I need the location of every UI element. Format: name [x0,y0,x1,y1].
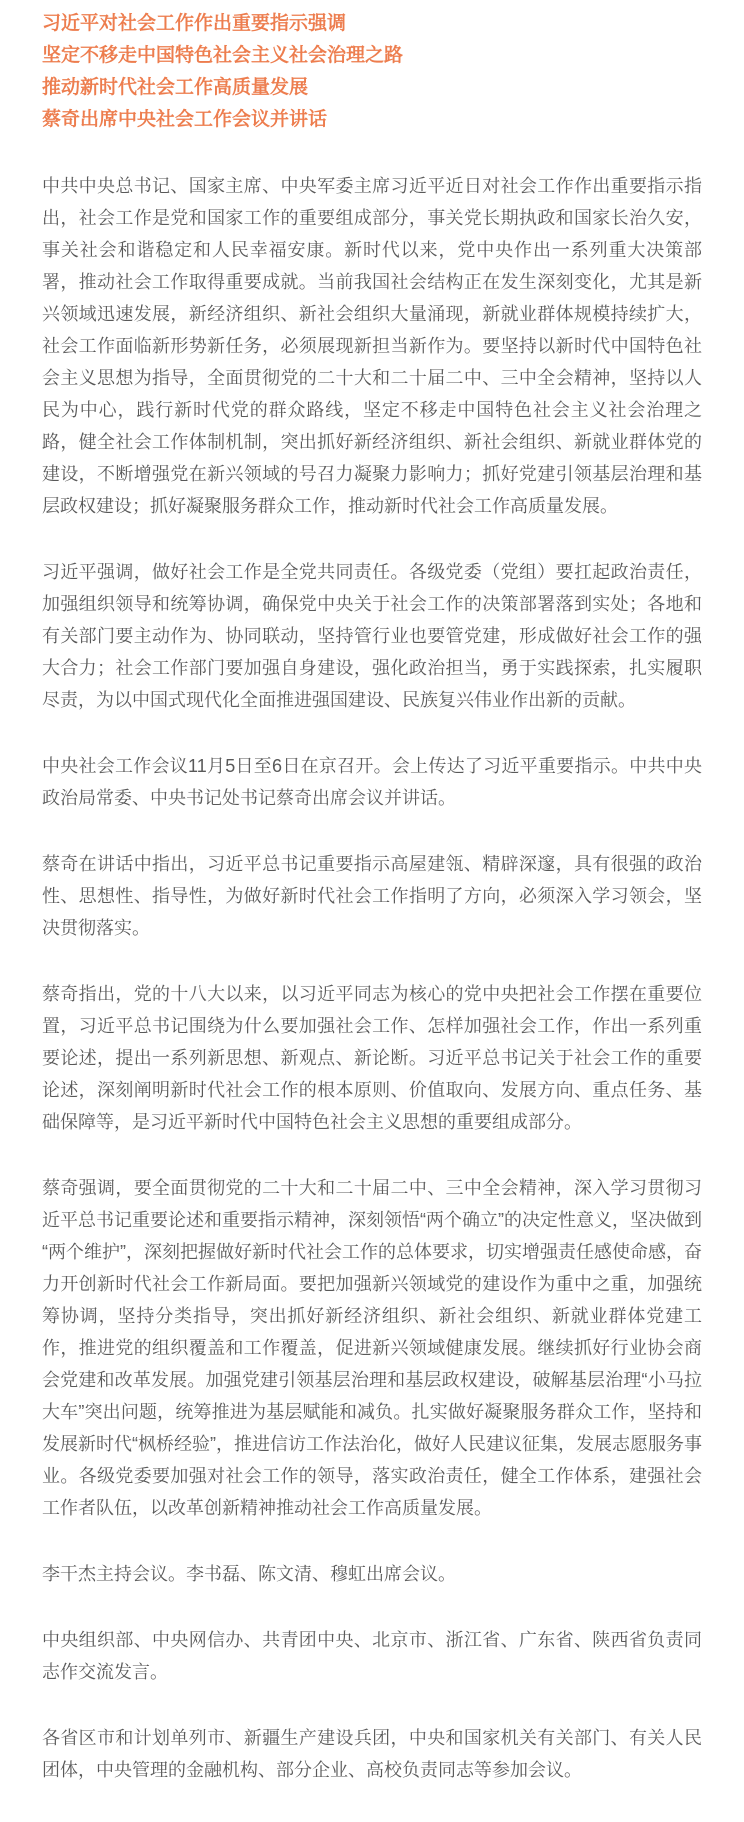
article-paragraph-6: 蔡奇强调，要全面贯彻党的二十大和二十届二中、三中全会精神，深入学习贯彻习近平总书… [42,1172,702,1524]
headline-line-3: 推动新时代社会工作高质量发展 [42,72,702,104]
article-paragraph-2: 习近平强调，做好社会工作是全党共同责任。各级党委（党组）要扛起政治责任，加强组织… [42,556,702,716]
article-paragraph-3: 中央社会工作会议11月5日至6日在京召开。会上传达了习近平重要指示。中共中央政治… [42,750,702,814]
headline-line-4: 蔡奇出席中央社会工作会议并讲话 [42,104,702,136]
article-paragraph-7: 李干杰主持会议。李书磊、陈文清、穆虹出席会议。 [42,1558,702,1590]
article-paragraph-1: 中共中央总书记、国家主席、中央军委主席习近平近日对社会工作作出重要指示指出，社会… [42,170,702,522]
headline-line-2: 坚定不移走中国特色社会主义社会治理之路 [42,40,702,72]
article-paragraph-9: 各省区市和计划单列市、新疆生产建设兵团，中央和国家机关有关部门、有关人民团体，中… [42,1722,702,1786]
article-paragraph-8: 中央组织部、中央网信办、共青团中央、北京市、浙江省、广东省、陕西省负责同志作交流… [42,1624,702,1688]
headline-line-1: 习近平对社会工作作出重要指示强调 [42,8,702,40]
article-page: 习近平对社会工作作出重要指示强调 坚定不移走中国特色社会主义社会治理之路 推动新… [0,0,744,1822]
article-headline: 习近平对社会工作作出重要指示强调 坚定不移走中国特色社会主义社会治理之路 推动新… [42,8,702,136]
article-paragraph-5: 蔡奇指出，党的十八大以来，以习近平同志为核心的党中央把社会工作摆在重要位置，习近… [42,978,702,1138]
article-paragraph-4: 蔡奇在讲话中指出，习近平总书记重要指示高屋建瓴、精辟深邃，具有很强的政治性、思想… [42,848,702,944]
